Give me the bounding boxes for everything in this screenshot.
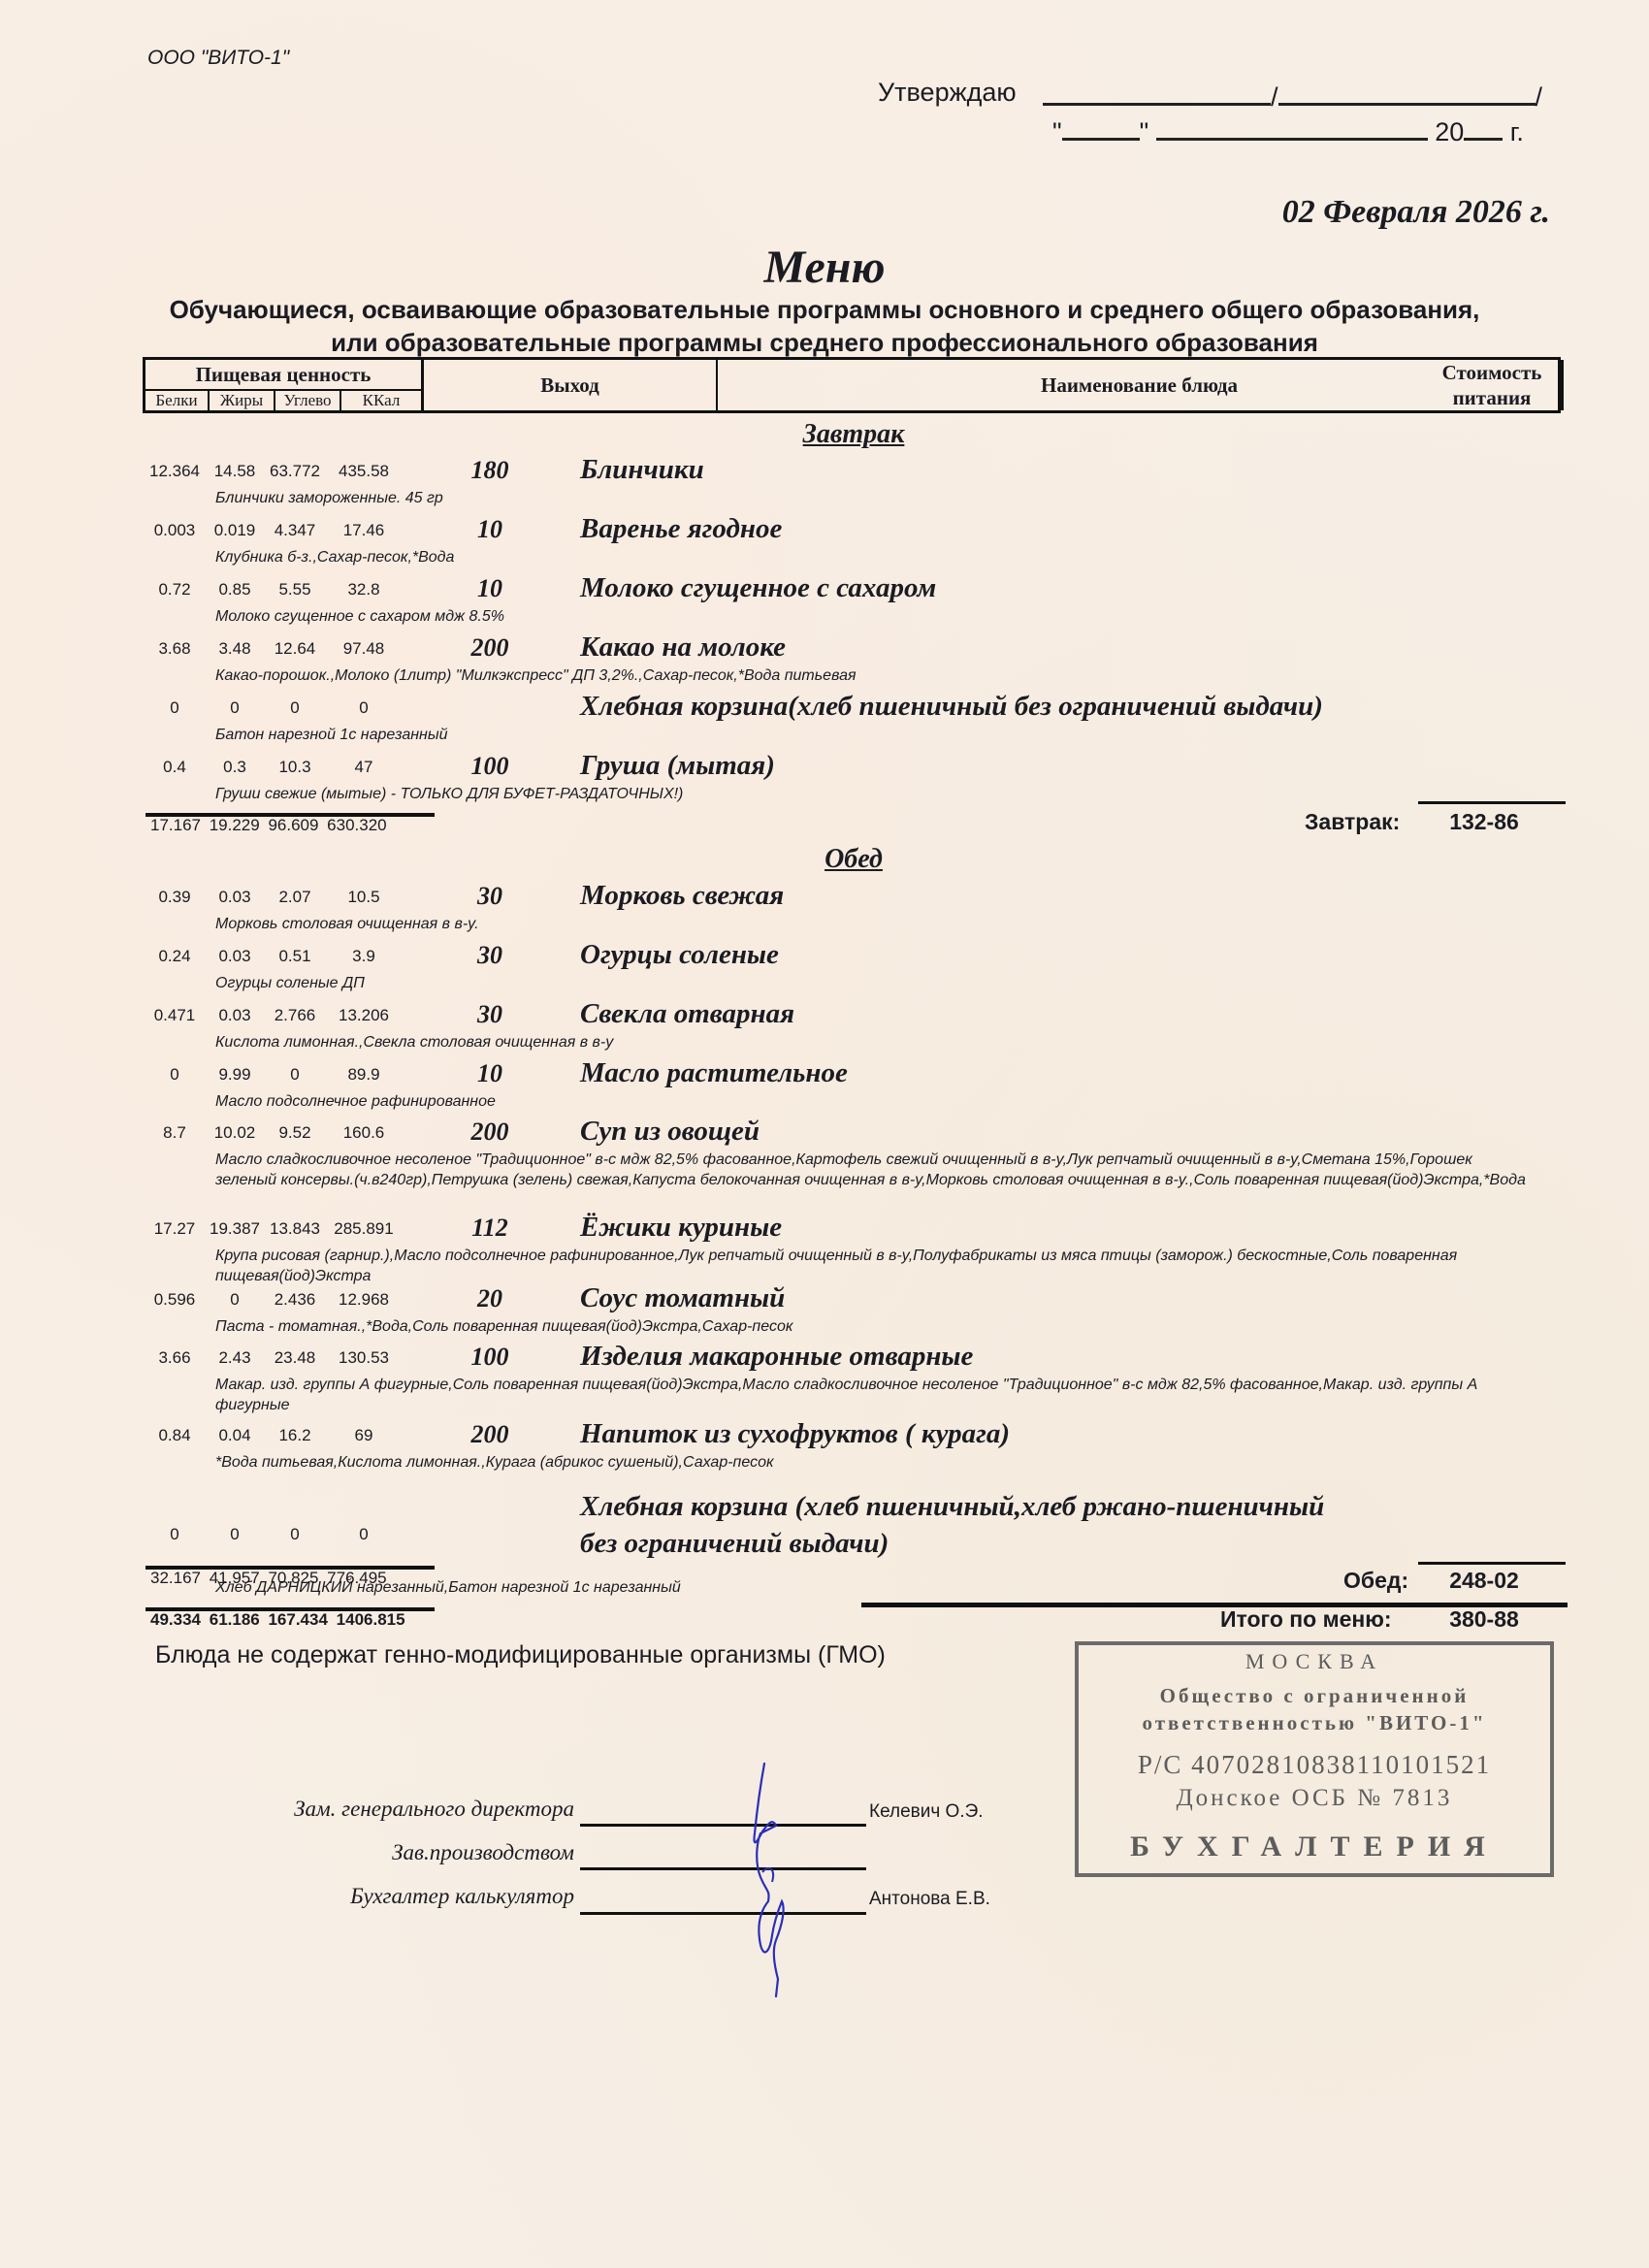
ingredients-text: Масло подсолнечное рафинированное [215,1091,1535,1112]
dish-name: Блинчики [580,453,704,486]
fat-value: 10.02 [206,1123,264,1143]
kcal-value: 13.206 [330,1006,398,1025]
ingredients-text: *Вода питьевая,Кислота лимонная.,Курага … [215,1452,1535,1473]
kcal-value: 3.9 [330,947,398,966]
carbs-value: 0 [266,1525,324,1544]
header-output: Выход [424,360,718,410]
header-kcal: ККал [341,390,421,410]
ingredients-text: Блинчики замороженные. 45 гр [215,488,1535,508]
ingredients-text: Масло сладкосливочное несоленое "Традици… [215,1150,1535,1190]
fat-value: 3.48 [206,639,264,659]
fat-value: 0.3 [206,758,264,777]
dish-name: Изделия макаронные отварные [580,1340,973,1373]
document-date: 02 Февраля 2026 г. [1282,194,1550,231]
protein-value: 12.364 [145,462,204,481]
carbs-value: 0 [266,1065,324,1085]
output-value: 100 [451,1343,529,1372]
signature-name-deputy-director: Келевич О.Э. [869,1801,984,1823]
fat-value: 0 [206,1290,264,1310]
section-title: Обед [0,844,1649,875]
output-value: 10 [451,1059,529,1088]
carbs-value: 63.772 [266,462,324,481]
ingredients-text: Макар. изд. группы А фигурные,Соль повар… [215,1375,1535,1415]
protein-value: 0.24 [145,947,204,966]
output-value: 30 [451,941,529,970]
protein-value: 0.4 [145,758,204,777]
company-stamp: МОСКВА Общество с ограниченной ответстве… [1075,1641,1554,1877]
carbs-value: 2.07 [266,888,324,907]
ingredients-text: Хлеб ДАРНИЦКИЙ нарезанный,Батон нарезной… [215,1577,1535,1598]
signature-role-accountant: Бухгалтер калькулятор [254,1884,574,1909]
output-value: 112 [451,1214,529,1243]
ingredients-text: Морковь столовая очищенная в в-у. [215,914,1535,934]
stamp-bank: Донское ОСБ № 7813 [1075,1785,1554,1812]
kcal-value: 17.46 [330,521,398,540]
header-cost: Стоимость питания [1420,360,1564,410]
section-cost-value: 248-02 [1411,1568,1557,1594]
dish-name: Молоко сгущенное с сахаром [580,571,936,604]
dish-name: Напиток из сухофруктов ( курага) [580,1417,1010,1450]
fat-value: 0.03 [206,888,264,907]
protein-value: 0.39 [145,888,204,907]
grand-total-label: Итого по меню: [1220,1606,1392,1633]
carbs-value: 12.64 [266,639,324,659]
protein-value: 3.66 [145,1348,204,1368]
output-value: 30 [451,1000,529,1029]
carbs-value: 0 [266,698,324,718]
carbs-value: 16.2 [266,1426,324,1445]
output-value: 10 [451,515,529,544]
output-value: 10 [451,574,529,603]
kcal-value: 47 [330,758,398,777]
stamp-department: БУХГАЛТЕРИЯ [1075,1831,1554,1863]
handwritten-signature-icon [718,1756,834,1998]
header-carbs: Углево [275,390,341,410]
stamp-line2: ответственностью "ВИТО-1" [1075,1711,1554,1735]
ingredients-text: Огурцы соленые ДП [215,973,1535,993]
carbs-value: 0.51 [266,947,324,966]
protein-value: 0 [145,1525,204,1544]
page-title: Меню [0,241,1649,294]
protein-value: 0.596 [145,1290,204,1310]
section-cost-rule [1418,1562,1566,1565]
fat-value: 2.43 [206,1348,264,1368]
output-value: 200 [451,1118,529,1147]
header-fat: Жиры [210,390,275,410]
fat-value: 0.03 [206,947,264,966]
carbs-value: 4.347 [266,521,324,540]
gmo-note: Блюда не содержат генно-модифицированные… [155,1641,886,1669]
carbs-value: 2.766 [266,1006,324,1025]
grand-total-cost: 380-88 [1411,1606,1557,1633]
protein-value: 0.471 [145,1006,204,1025]
protein-value: 3.68 [145,639,204,659]
fat-value: 19.387 [206,1219,264,1239]
dish-name: Огурцы соленые [580,938,779,971]
ingredients-text: Клубника б-з.,Сахар-песок,*Вода [215,547,1535,567]
ingredients-text: Кислота лимонная.,Свекла столовая очищен… [215,1032,1535,1053]
fat-value: 0 [206,698,264,718]
header-nutrition-title: Пищевая ценность [145,360,421,391]
stamp-line1: Общество с ограниченной [1075,1684,1554,1708]
section-total-nutrition: 17.167 19.229 96.609 630.320 [150,816,387,835]
carbs-value: 13.843 [266,1219,324,1239]
grand-total-nutrition: 49.334 61.186 167.434 1406.815 [150,1610,405,1630]
signature-role-deputy-director: Зам. генерального директора [254,1797,574,1822]
carbs-value: 5.55 [266,580,324,599]
protein-value: 0.72 [145,580,204,599]
kcal-value: 69 [330,1426,398,1445]
fat-value: 0.04 [206,1426,264,1445]
section-title: Завтрак [0,419,1649,450]
kcal-value: 89.9 [330,1065,398,1085]
fat-value: 0.85 [206,580,264,599]
dish-name: Свекла отварная [580,997,794,1030]
kcal-value: 285.891 [330,1219,398,1239]
fat-value: 0.03 [206,1006,264,1025]
protein-value: 0.84 [145,1426,204,1445]
dish-name: Ёжики куриные [580,1211,782,1244]
dish-name: Какао на молоке [580,631,786,664]
dish-name: Груша (мытая) [580,749,775,782]
fat-value: 9.99 [206,1065,264,1085]
kcal-value: 435.58 [330,462,398,481]
dish-name: Варенье ягодное [580,512,782,545]
carbs-value: 10.3 [266,758,324,777]
ingredients-text: Какао-порошок.,Молоко (1литр) "Милкэкспр… [215,665,1535,686]
output-value: 20 [451,1284,529,1313]
dish-name: Хлебная корзина(хлеб пшеничный без огран… [580,690,1323,723]
fat-value: 0.019 [206,521,264,540]
ingredients-text: Паста - томатная.,*Вода,Соль поваренная … [215,1316,1535,1337]
section-total-nutrition: 32.167 41.957 70.825 776.495 [150,1569,387,1588]
output-value: 200 [451,1420,529,1449]
kcal-value: 97.48 [330,639,398,659]
protein-value: 0.003 [145,521,204,540]
output-value: 30 [451,882,529,911]
kcal-value: 10.5 [330,888,398,907]
protein-value: 0 [145,1065,204,1085]
signature-name-accountant: Антонова Е.В. [869,1889,990,1910]
table-header: Пищевая ценность Белки Жиры Углево ККал … [143,357,1561,413]
ingredients-text: Молоко сгущенное с сахаром мдж 8.5% [215,606,1535,627]
signature-role-production-head: Зав.производством [254,1840,574,1865]
dish-name: Морковь свежая [580,879,784,912]
ingredients-text: Груши свежие (мытые) - ТОЛЬКО ДЛЯ БУФЕТ-… [215,784,1535,804]
output-value: 100 [451,752,529,781]
approval-date-line: "" 20 г. [1052,116,1557,144]
output-value: 180 [451,456,529,485]
carbs-value: 2.436 [266,1290,324,1310]
protein-value: 8.7 [145,1123,204,1143]
section-cost-rule [1418,801,1566,804]
company-name: ООО "ВИТО-1" [147,47,289,70]
ingredients-text: Крупа рисовая (гарнир.),Масло подсолнечн… [215,1246,1535,1286]
kcal-value: 0 [330,698,398,718]
kcal-value: 32.8 [330,580,398,599]
stamp-account: Р/С 40702810838110101521 [1075,1750,1554,1780]
kcal-value: 12.968 [330,1290,398,1310]
section-cost-value: 132-86 [1411,809,1557,835]
section-cost-label: Обед: [1343,1568,1408,1594]
carbs-value: 23.48 [266,1348,324,1368]
header-nutrition: Пищевая ценность Белки Жиры Углево ККал [145,360,424,410]
stamp-city: МОСКВА [1075,1649,1554,1674]
approval-label: Утверждаю [878,78,1017,108]
header-protein: Белки [145,390,210,410]
fat-value: 0 [206,1525,264,1544]
carbs-value: 9.52 [266,1123,324,1143]
approval-signature-line: // [1043,80,1547,103]
dish-name-line: Хлебная корзина (хлеб пшеничный,хлеб ржа… [580,1488,1324,1525]
kcal-value: 160.6 [330,1123,398,1143]
output-value: 200 [451,633,529,663]
dish-name: Хлебная корзина (хлеб пшеничный,хлеб ржа… [580,1488,1324,1562]
dish-name: Соус томатный [580,1281,785,1314]
kcal-value: 0 [330,1525,398,1544]
dish-name: Суп из овощей [580,1115,760,1148]
protein-value: 0 [145,698,204,718]
page-subtitle: Обучающиеся, осваивающие образовательные… [145,293,1503,359]
protein-value: 17.27 [145,1219,204,1239]
fat-value: 14.58 [206,462,264,481]
dish-name: Масло растительное [580,1056,848,1089]
section-cost-label: Завтрак: [1305,809,1400,835]
kcal-value: 130.53 [330,1348,398,1368]
ingredients-text: Батон нарезной 1с нарезанный [215,725,1535,745]
dish-name-line: без ограничений выдачи) [580,1525,1324,1562]
